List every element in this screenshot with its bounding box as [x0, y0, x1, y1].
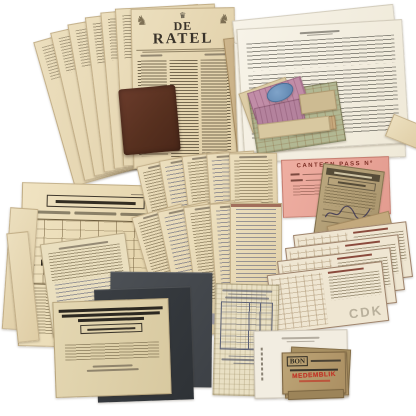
heraldic-lion-right-icon: ♞ — [218, 11, 230, 27]
record-card-front: CDK — [267, 261, 389, 335]
printed-pamphlet — [52, 298, 171, 398]
newspaper-title-ratel: RATEL — [153, 31, 214, 47]
bon-booklet-front: BON MEDEMBLIK — [282, 351, 347, 394]
leather-wallet — [118, 85, 181, 156]
cdk-watermark: CDK — [348, 302, 384, 321]
bon-label: BON — [287, 356, 308, 367]
photo-canvas: ♞ ♛ DE RATEL ♞ — [0, 0, 416, 416]
bon-booklet-edge — [288, 389, 344, 400]
newspaper-masthead: ♞ ♛ DE RATEL ♞ — [132, 8, 235, 48]
chart-title-banner — [47, 195, 145, 210]
heraldic-lion-left-icon: ♞ — [136, 13, 148, 29]
envelope-side-text — [261, 348, 264, 382]
